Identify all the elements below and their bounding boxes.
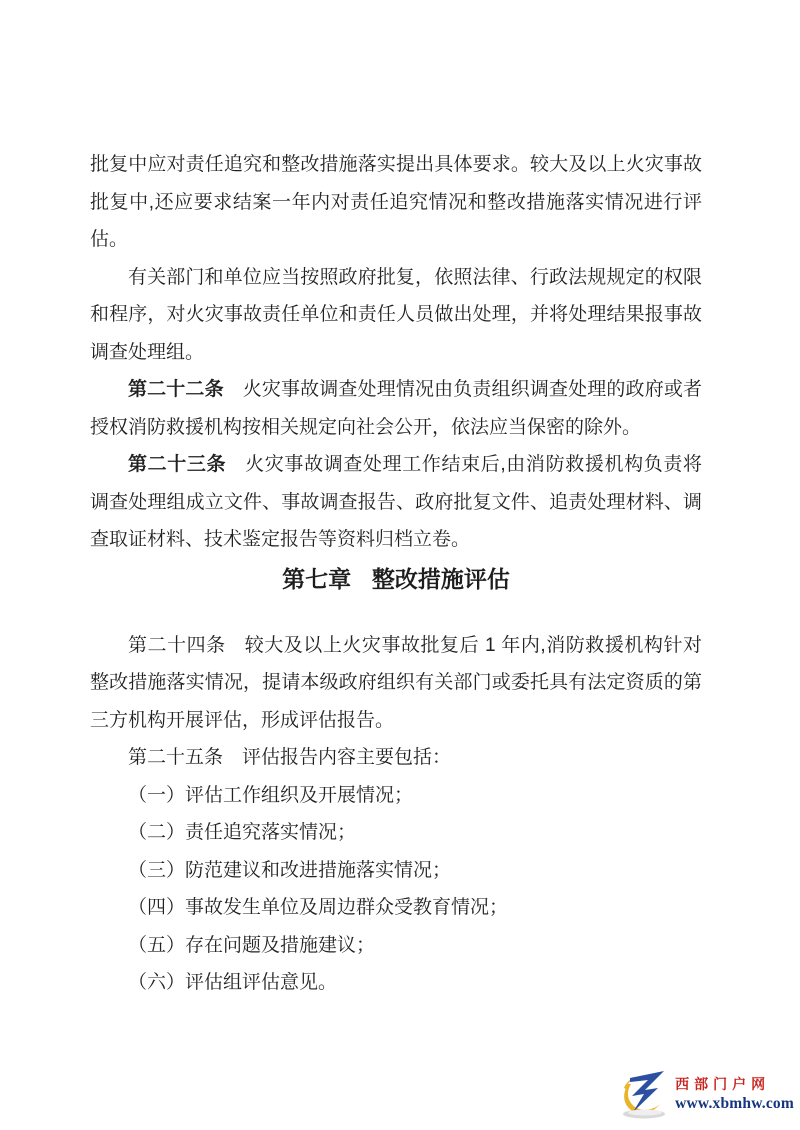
chapter-heading: 第七章整改措施评估	[90, 559, 702, 599]
article-24-number: 第二十四条	[128, 635, 226, 656]
article-22-number: 第二十二条	[128, 379, 224, 400]
article-25: 第二十五条评估报告内容主要包括：	[90, 739, 702, 777]
article-22: 第二十二条火灾事故调查处理情况由负责组织调查处理的政府或者授权消防救援机构按相关…	[90, 371, 702, 446]
article-23-number: 第二十三条	[128, 454, 226, 475]
site-url: www.xbmhw.com	[675, 1094, 794, 1113]
article-23: 第二十三条火灾事故调查处理工作结束后,由消防救援机构负责将调查处理组成立文件、事…	[90, 446, 702, 559]
xbmhw-logo-icon	[618, 1066, 672, 1122]
watermark-text: 西部门户网 www.xbmhw.com	[675, 1075, 794, 1113]
chapter-title: 整改措施评估	[372, 566, 510, 592]
site-name: 西部门户网	[675, 1075, 770, 1094]
list-item: （二）责任追究落实情况；	[90, 814, 702, 852]
site-watermark: 西部门户网 www.xbmhw.com	[618, 1066, 794, 1122]
list-item: （三）防范建议和改进措施落实情况；	[90, 852, 702, 890]
article-25-text: 评估报告内容主要包括：	[242, 747, 451, 768]
list-item: （五）存在问题及措施建议；	[90, 927, 702, 965]
document-body: 批复中应对责任追究和整改措施落实提出具体要求。较大及以上火灾事故批复中,还应要求…	[90, 146, 702, 1002]
article-24: 第二十四条较大及以上火灾事故批复后 1 年内,消防救援机构针对整改措施落实情况，…	[90, 627, 702, 740]
list-item: （六）评估组评估意见。	[90, 964, 702, 1002]
chapter-number: 第七章	[282, 566, 351, 592]
paragraph-continued: 批复中应对责任追究和整改措施落实提出具体要求。较大及以上火灾事故批复中,还应要求…	[90, 146, 702, 259]
list-item: （四）事故发生单位及周边群众受教育情况；	[90, 889, 702, 927]
article-25-number: 第二十五条	[128, 747, 223, 768]
list-item: （一）评估工作组织及开展情况；	[90, 777, 702, 815]
paragraph: 有关部门和单位应当按照政府批复，依照法律、行政法规规定的权限和程序，对火灾事故责…	[90, 259, 702, 372]
